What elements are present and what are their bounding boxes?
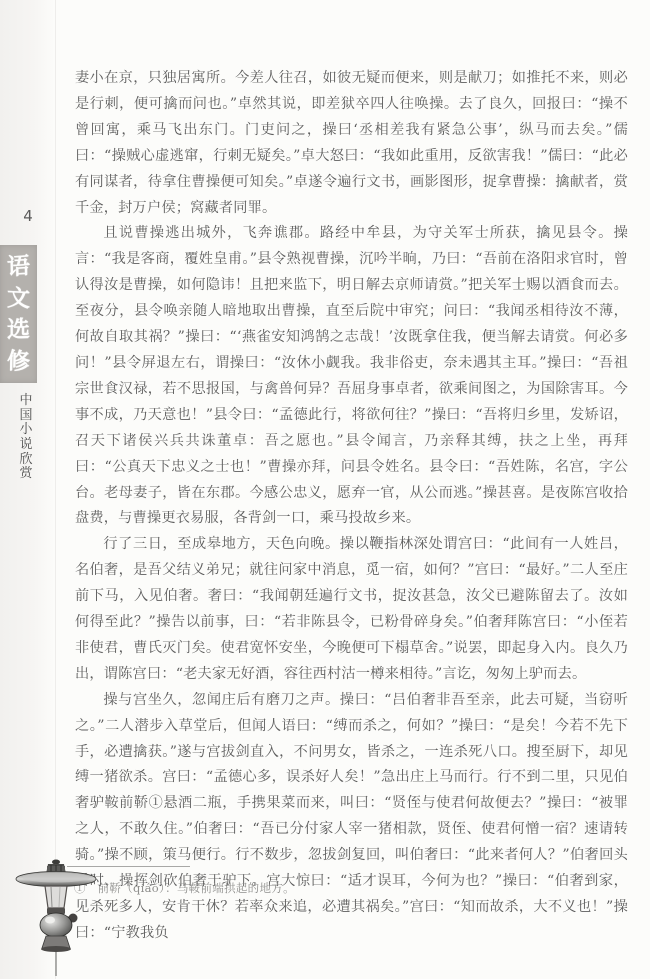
text-paragraph: 行了三日，至成皋地方，天色向晚。操以鞭指林深处谓宫曰：“此间有一人姓吕，名伯奢，… <box>75 532 628 687</box>
series-label-box: 语 文 选 修 <box>0 245 37 383</box>
series-char: 文 <box>7 286 30 310</box>
subject-char: 小 <box>19 423 32 437</box>
text-paragraph: 且说曹操逃出城外，飞奔谯郡。路经中牟县，为守关军士所获，擒见县令。操言：“我是客… <box>75 221 628 532</box>
left-margin-strip <box>0 0 56 979</box>
subject-char: 说 <box>19 438 32 452</box>
series-char: 语 <box>7 254 30 279</box>
subject-char: 国 <box>19 409 32 423</box>
footnote: ① 前鞒（qiáo）：马鞍前端拱起的地方。 <box>74 880 494 896</box>
body-text: 妻小在京，只独居寓所。今差人往召，如彼无疑而便来，则是献刀；如推托不来，则必是行… <box>75 66 628 947</box>
text-paragraph: 操与宫坐久，忽闻庄后有磨刀之声。操曰：“吕伯奢非吾至亲，此去可疑，当窃听之。”二… <box>75 688 628 947</box>
book-page: { "page": { "number": "4", "sidebar": { … <box>0 0 650 979</box>
subject-char: 欣 <box>19 453 32 467</box>
subject-char: 赏 <box>19 467 32 481</box>
series-char: 修 <box>7 349 30 374</box>
series-char: 选 <box>7 318 30 342</box>
page-number: 4 <box>18 207 38 225</box>
subject-label: 中 国 小 说 欣 赏 <box>14 394 38 481</box>
text-paragraph: 妻小在京，只独居寓所。今差人往召，如彼无疑而便来，则是献刀；如推托不来，则必是行… <box>75 66 628 221</box>
subject-char: 中 <box>19 394 32 408</box>
oil-lamp-image <box>10 858 102 979</box>
